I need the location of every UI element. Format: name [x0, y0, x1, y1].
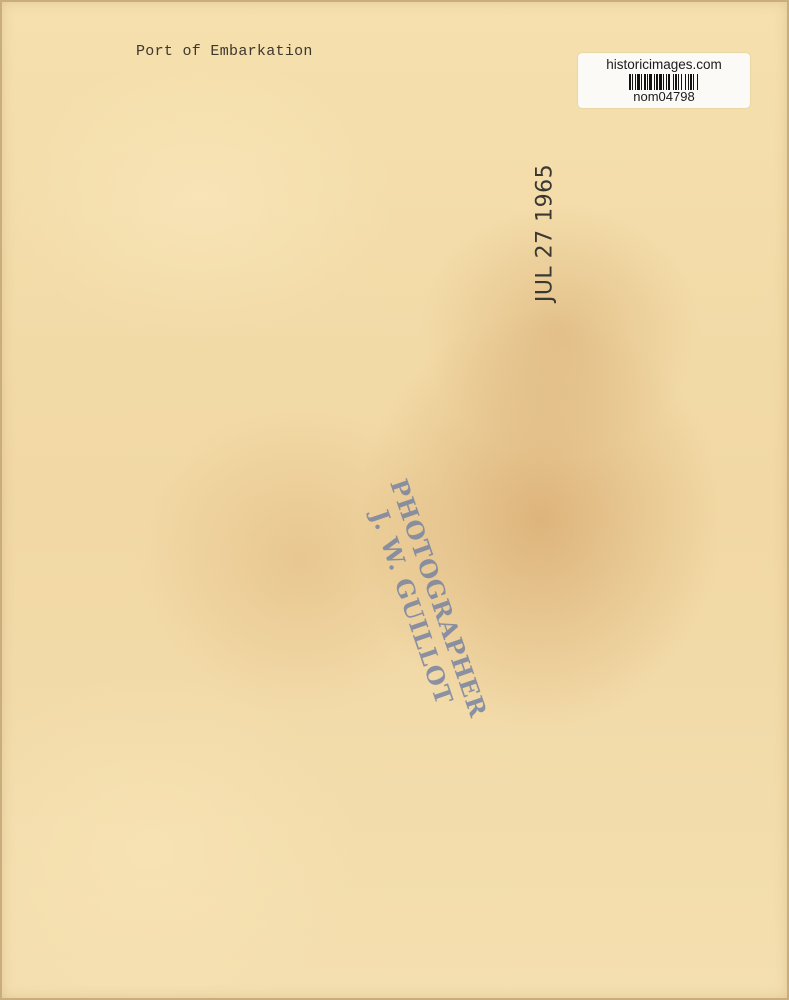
- archive-site: historicimages.com: [578, 57, 750, 72]
- typed-caption: Port of Embarkation: [136, 43, 313, 60]
- barcode-icon: [596, 74, 732, 90]
- date-stamp: JUL 27 1965: [533, 164, 558, 302]
- archive-label: historicimages.com nom04798: [578, 53, 750, 108]
- archive-code: nom04798: [578, 90, 750, 104]
